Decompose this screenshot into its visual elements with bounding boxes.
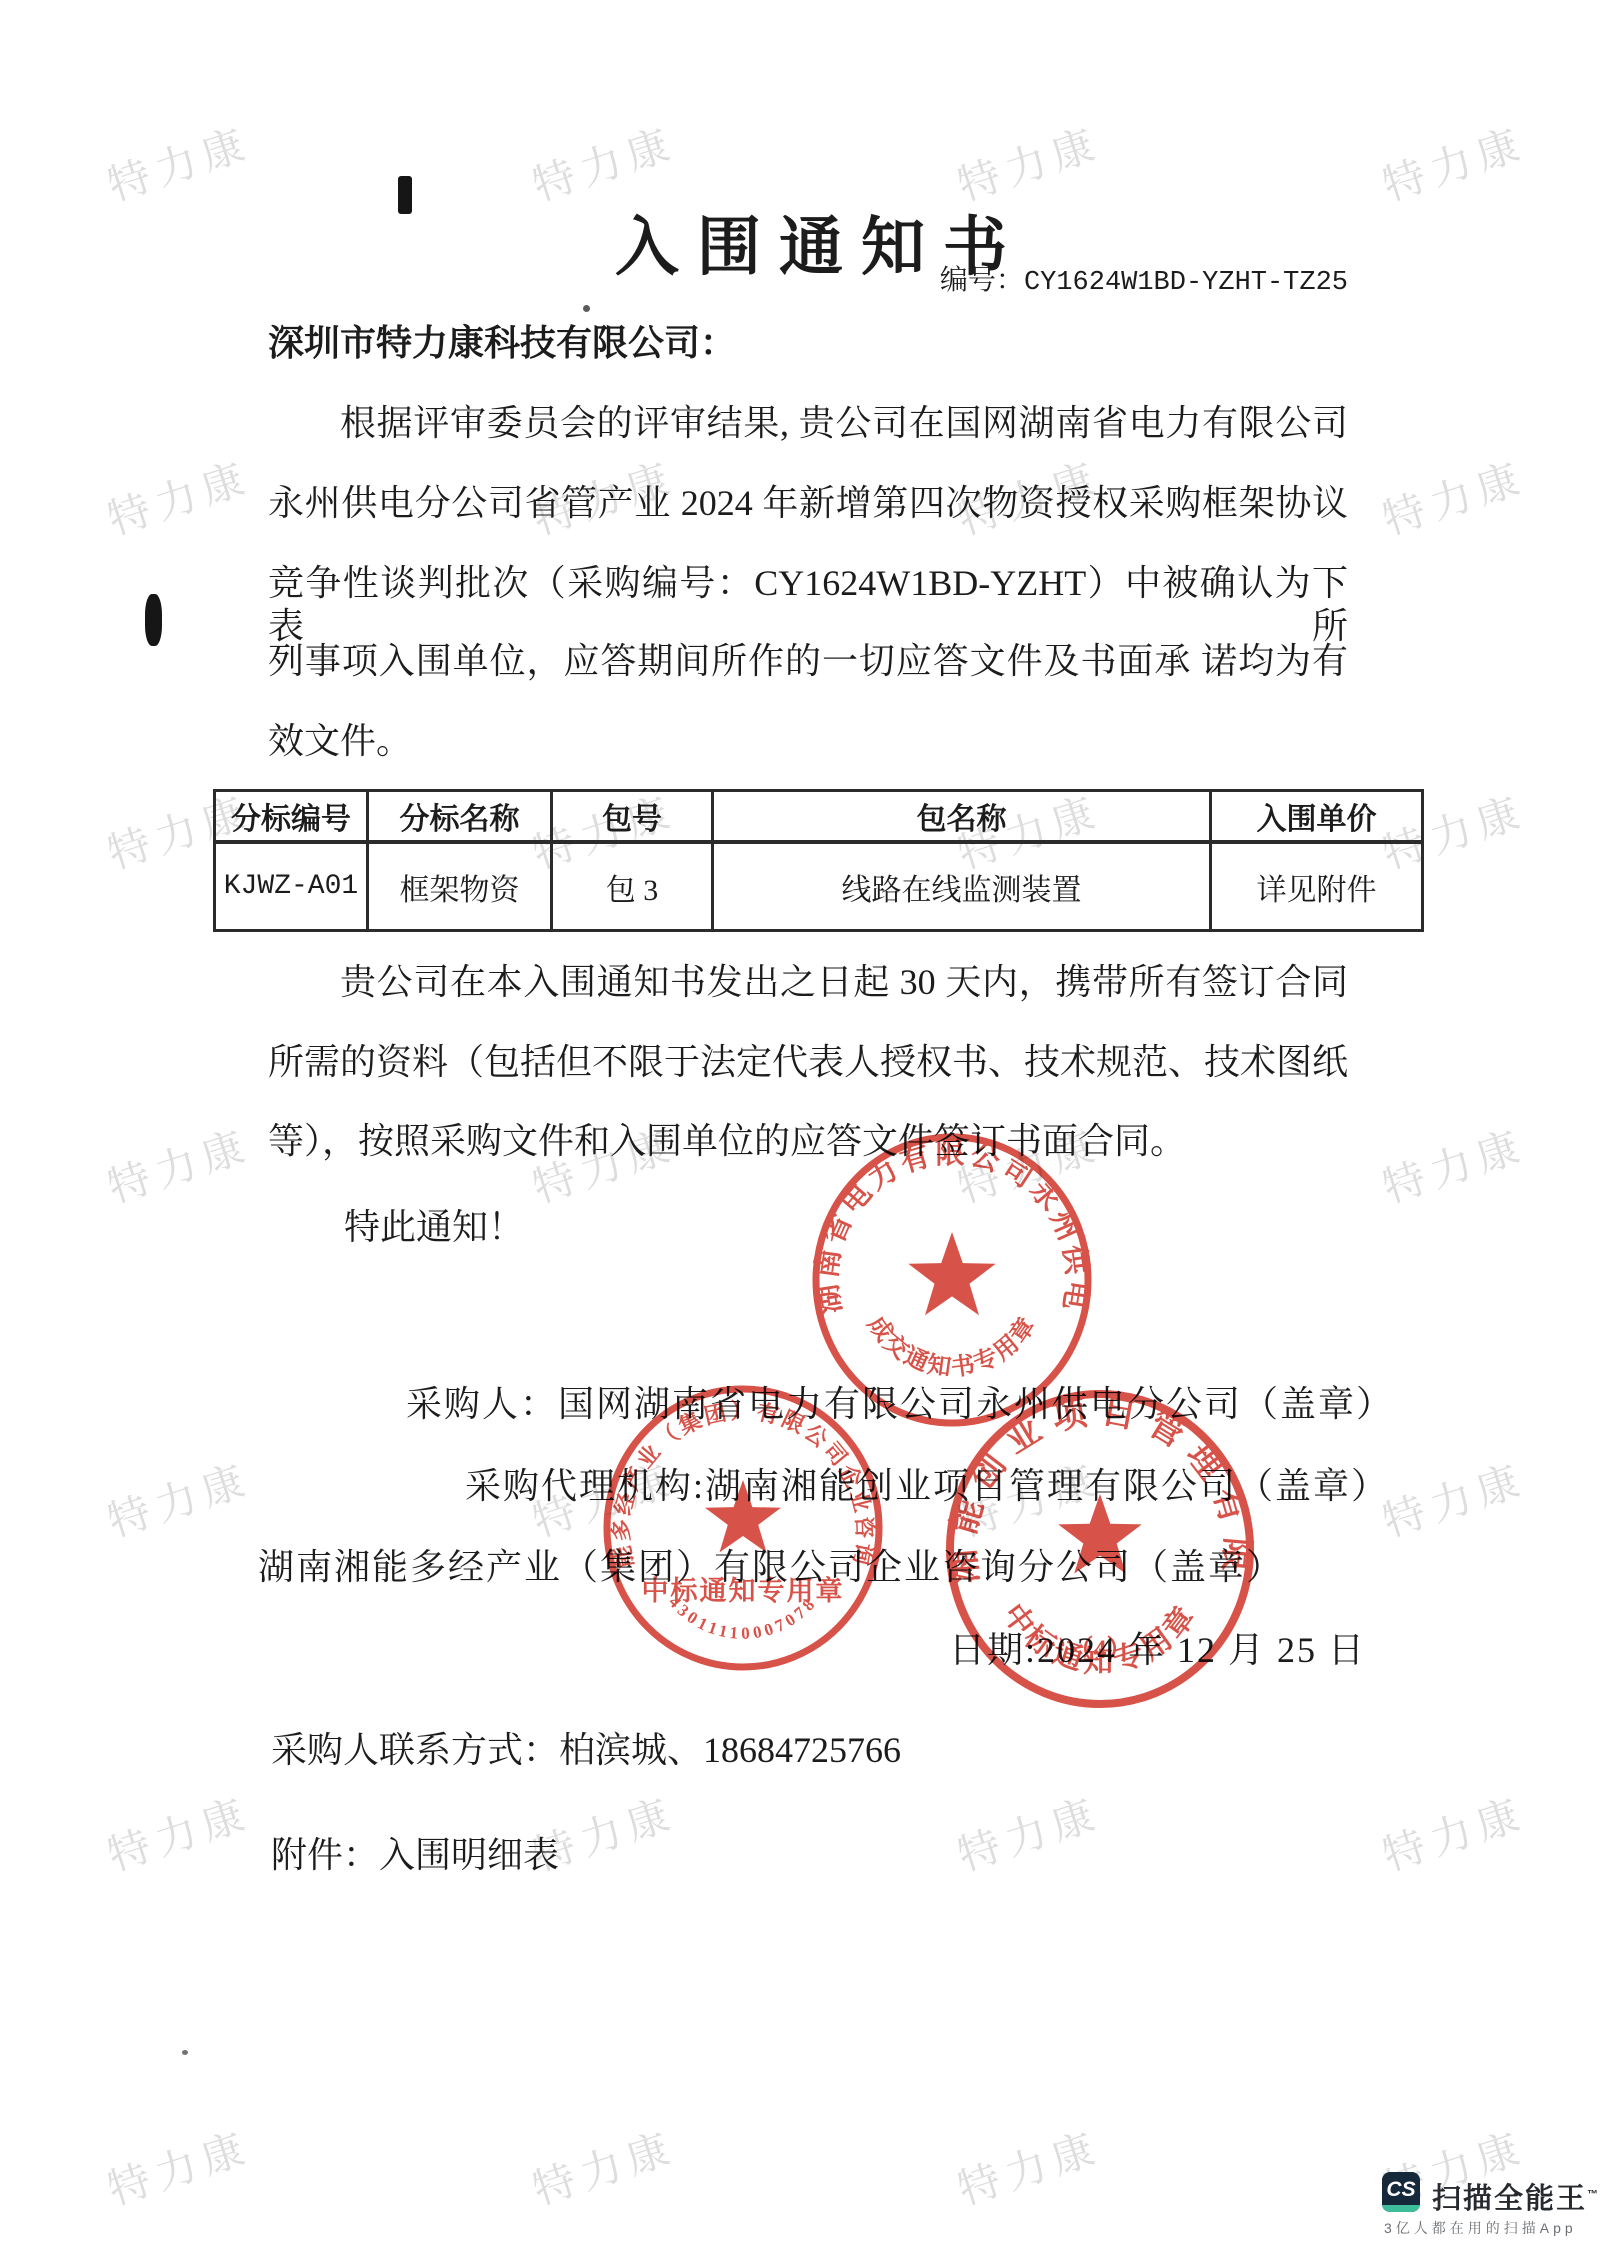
intro-line: 根据评审委员会的评审结果, 贵公司在国网湖南省电力有限公司 [268,402,1348,445]
intro-line: 永州供电分公司省管产业 2024 年新增第四次物资授权采购框架协议 [268,482,1348,525]
stamp-number: 43011110007078 [665,1592,821,1643]
intro-line: 列事项入围单位，应答期间所作的一切应答文件及书面承 诺均为有 [268,640,1348,683]
watermark-text: 特力康 [524,2115,682,2217]
watermark-text: 特力康 [99,445,257,547]
cell-package-no: 包 3 [552,842,713,931]
intro-line: 效文件。 [268,720,1348,763]
watermark-text: 特力康 [1374,445,1532,547]
svg-text:成交通知书专用章: 成交通知书专用章 [862,1311,1042,1382]
watermark-text: 特力康 [99,1447,257,1549]
page-title: 入围通知书 [40,196,1600,288]
document-page: 特力康特力康特力康特力康特力康特力康特力康特力康特力康特力康特力康特力康特力康特… [0,0,1600,2263]
star-icon [908,1232,995,1315]
cell-lot-name: 框架物资 [368,842,552,931]
scan-artifact [145,594,162,646]
watermark-text: 特力康 [99,1113,257,1215]
watermark-text: 特力康 [1374,1781,1532,1883]
table-row: KJWZ-A01 框架物资 包 3 线路在线监测装置 详见附件 [215,842,1423,931]
agency-line: 采购代理机构:湖南湘能创业项目管理有限公司（盖章） [465,1458,1389,1509]
intro-line: 竞争性谈判批次（采购编号：CY1624W1BD-YZHT）中被确认为下表所 [268,562,1348,648]
notice-line: 特此通知！ [344,1199,524,1250]
cell-lot-no: KJWZ-A01 [215,842,368,931]
scan-artifact [182,2050,188,2055]
cell-package-name: 线路在线监测装置 [713,842,1211,931]
body-line: 等），按照采购文件和入围单位的应答文件签订书面合同。 [268,1120,1348,1163]
date-line: 日期:2024 年 12 月 25 日 [949,1622,1366,1673]
watermark-text: 特力康 [949,2115,1107,2217]
watermark-text: 特力康 [949,1781,1107,1883]
body-line: 贵公司在本入围通知书发出之日起 30 天内，携带所有签订合同 [268,961,1348,1004]
stamp-inner-text: 成交通知书专用章 [862,1311,1042,1382]
camscanner-tagline: 3亿人都在用的扫描App [1384,2218,1577,2238]
body-line: 所需的资料（包括但不限于法定代表人授权书、技术规范、技术图纸 [268,1041,1348,1084]
camscanner-icon: CS [1382,2172,1420,2212]
contact-line: 采购人联系方式：柏滨城、18684725766 [271,1722,901,1773]
attachment-line: 附件：入围明细表 [271,1827,559,1878]
col-header-unit-price: 入围单价 [1211,791,1423,843]
document-number-value: CY1624W1BD-YZHT-TZ25 [1024,268,1348,298]
watermark-text: 特力康 [1374,1113,1532,1215]
scan-artifact [398,176,412,214]
agency2-line: 湖南湘能多经产业（集团）有限公司企业咨询分公司（盖章） [258,1539,1284,1590]
document-number: 编号：CY1624W1BD-YZHT-TZ25 [940,258,1348,298]
cell-unit-price: 详见附件 [1211,842,1423,931]
watermark-text: 特力康 [99,1781,257,1883]
award-table: 分标编号 分标名称 包号 包名称 入围单价 KJWZ-A01 框架物资 包 3 … [213,789,1424,932]
document-number-label: 编号： [940,265,1024,296]
svg-text:43011110007078: 43011110007078 [665,1592,821,1643]
col-header-package-no: 包号 [552,791,713,843]
col-header-lot-no: 分标编号 [215,791,368,843]
watermark-text: 特力康 [99,2115,257,2217]
purchaser-line: 采购人：国网湖南省电力有限公司永州供电分公司（盖章） [406,1376,1394,1427]
watermark-text: 特力康 [1374,1447,1532,1549]
scan-artifact [583,305,590,312]
table-header-row: 分标编号 分标名称 包号 包名称 入围单价 [215,791,1423,843]
col-header-lot-name: 分标名称 [368,791,552,843]
addressee: 深圳市特力康科技有限公司： [268,315,736,366]
camscanner-app-name: 扫描全能王™ [1432,2176,1600,2217]
col-header-package-name: 包名称 [713,791,1211,843]
